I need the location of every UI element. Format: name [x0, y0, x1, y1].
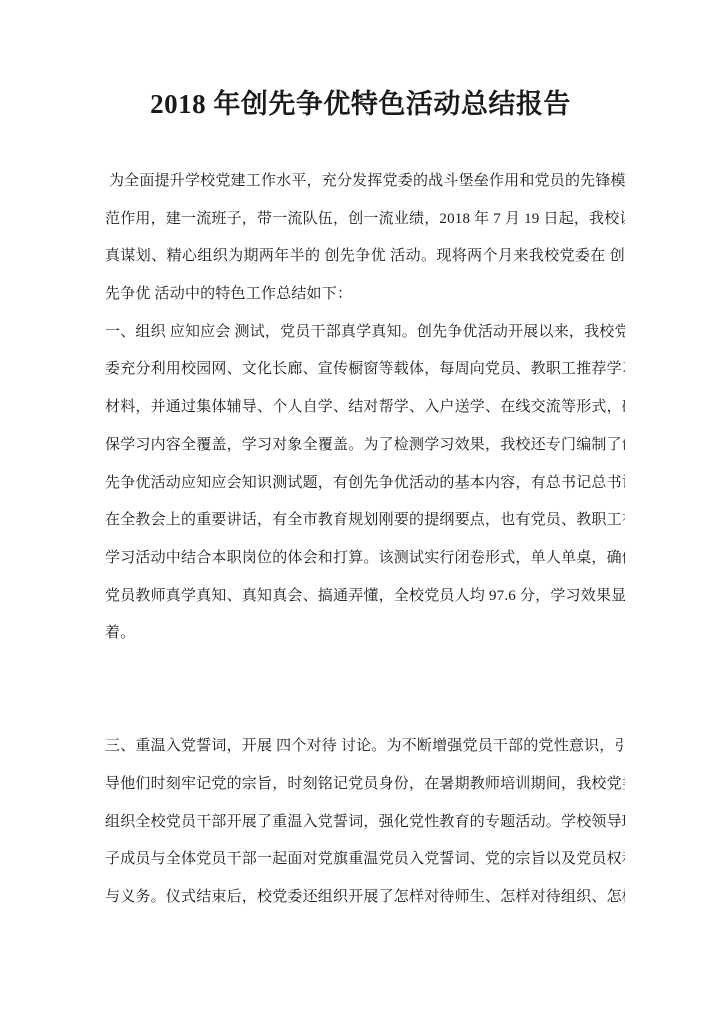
- text-line: 先争优 活动中的特色工作总结如下：: [105, 276, 625, 314]
- text-line: 三、重温入党誓词，开展 四个对待 讨论。为不断增强党员干部的党性意识，引: [105, 728, 625, 766]
- text-line: 着。: [105, 615, 625, 653]
- text-line: 委充分利用校园网、文化长廊、宣传橱窗等载体，每周向党员、教职工推荐学习: [105, 351, 625, 389]
- text-line: 在全教会上的重要讲话，有全市教育规划刚要的提纲要点，也有党员、教职工在: [105, 502, 625, 540]
- text-line: 材料，并通过集体辅导、个人自学、结对帮学、入户送学、在线交流等形式，确: [105, 389, 625, 427]
- text-line: 导他们时刻牢记党的宗旨，时刻铭记党员身份，在暑期教师培训期间，我校党委: [105, 766, 625, 804]
- text-line: 学习活动中结合本职岗位的体会和打算。该测试实行闭卷形式，单人单桌，确保: [105, 540, 625, 578]
- text-line: 为全面提升学校党建工作水平，充分发挥党委的战斗堡垒作用和党员的先锋模: [105, 163, 625, 201]
- text-line: 先争优活动应知应会知识测试题，有创先争优活动的基本内容，有总书记总书记: [105, 465, 625, 503]
- text-line: 范作用，建一流班子，带一流队伍，创一流业绩，2018 年 7 月 19 日起，我…: [105, 201, 625, 239]
- document-page: 2018 年创先争优特色活动总结报告 为全面提升学校党建工作水平，充分发挥党委的…: [0, 0, 721, 1020]
- document-title: 2018 年创先争优特色活动总结报告: [0, 86, 721, 122]
- text-line: 保学习内容全覆盖，学习对象全覆盖。为了检测学习效果，我校还专门编制了创: [105, 427, 625, 465]
- paragraph-section-three: 三、重温入党誓词，开展 四个对待 讨论。为不断增强党员干部的党性意识，引 导他们…: [105, 728, 625, 916]
- text-line: 真谋划、精心组织为期两年半的 创先争优 活动。现将两个月来我校党委在 创: [105, 238, 625, 276]
- paragraph-section-one: 一、组织 应知应会 测试，党员干部真学真知。创先争优活动开展以来，我校党 委充分…: [105, 314, 625, 653]
- text-line: 党员教师真学真知、真知真会、搞通弄懂，全校党员人均 97.6 分，学习效果显: [105, 578, 625, 616]
- document-body: 为全面提升学校党建工作水平，充分发挥党委的战斗堡垒作用和党员的先锋模 范作用，建…: [105, 163, 625, 917]
- text-line: 与义务。仪式结束后，校党委还组织开展了怎样对待师生、怎样对待组织、怎样: [105, 879, 625, 917]
- paragraph-intro: 为全面提升学校党建工作水平，充分发挥党委的战斗堡垒作用和党员的先锋模 范作用，建…: [105, 163, 625, 314]
- text-line: 一、组织 应知应会 测试，党员干部真学真知。创先争优活动开展以来，我校党: [105, 314, 625, 352]
- text-line: 子成员与全体党员干部一起面对党旗重温党员入党誓词、党的宗旨以及党员权利: [105, 841, 625, 879]
- text-line: 组织全校党员干部开展了重温入党誓词，强化党性教育的专题活动。学校领导班: [105, 804, 625, 842]
